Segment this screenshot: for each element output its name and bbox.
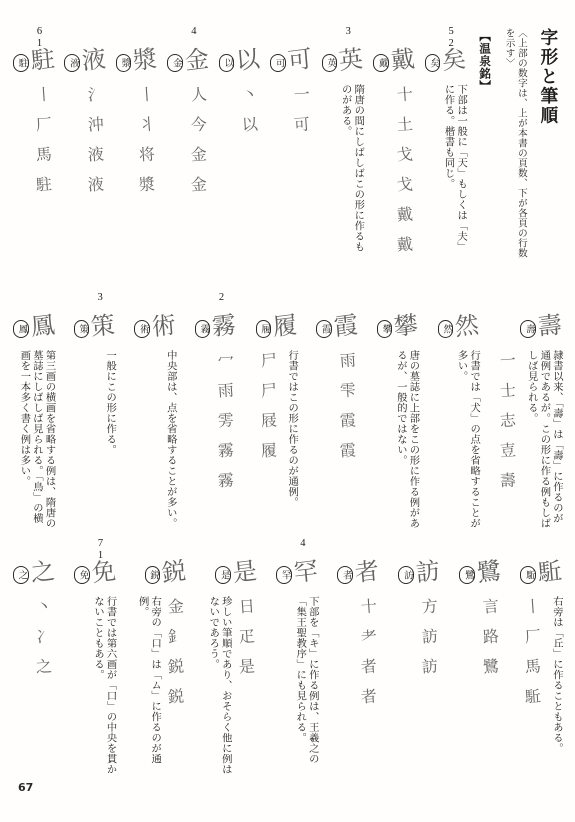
stroke-step: 一 xyxy=(500,353,517,370)
entry-sample-calligraphy: 免 xyxy=(90,559,116,588)
stroke-step: 戈 xyxy=(396,147,413,164)
entry-液: 液液氵沖液液 xyxy=(64,26,106,194)
entry-head: 英英 xyxy=(322,48,364,80)
entry-head: 攀攀 xyxy=(377,314,419,346)
page-title: 字形と筆順 xyxy=(537,28,562,126)
stroke-step: 是 xyxy=(238,659,255,676)
entry-label: 者 xyxy=(337,566,353,584)
entry-label: 鳳 xyxy=(13,320,29,338)
entry-label: 英 xyxy=(322,54,338,72)
entry-sample-calligraphy: 壽 xyxy=(537,313,563,342)
entry-sample-calligraphy: 攀 xyxy=(393,313,419,342)
stroke-sequence: 丶冫之 xyxy=(35,600,55,676)
entry-label: 戴 xyxy=(373,54,389,72)
entry-sample-calligraphy: 以 xyxy=(235,47,261,76)
stroke-step: 鷺 xyxy=(482,659,499,676)
stroke-step: 今 xyxy=(190,117,207,134)
book-page: 字形と筆順 〈上部の数字は、上が本書の頁数、下が各頁の行数を示す〉 【温泉銘】 … xyxy=(0,0,575,822)
stroke-step: 馬 xyxy=(36,147,53,164)
stroke-step: 厂 xyxy=(36,117,53,134)
entry-head: 鳳鳳 xyxy=(13,314,55,346)
entry-page-line-number xyxy=(357,538,371,560)
stroke-step: 尸 xyxy=(260,353,277,370)
stroke-step: 雱 xyxy=(218,413,235,430)
entry-霧: 2霧霧冖雨雱霧霧 xyxy=(195,292,237,490)
entry-body: 方訪訪 xyxy=(420,596,440,676)
stroke-step: 馬 xyxy=(525,659,542,676)
entry-body: 氵沖液液 xyxy=(86,84,106,194)
entry-head: 之之 xyxy=(13,560,55,592)
band-top: 字形と筆順 〈上部の数字は、上が本書の頁数、下が各頁の行数を示す〉 【温泉銘】 … xyxy=(13,26,562,278)
entry-head: 戴戴 xyxy=(373,48,415,80)
stroke-sequence: 尸尸屐履 xyxy=(259,354,279,460)
entry-head: 然然 xyxy=(438,314,480,346)
entry-金: 4金金人今金金 xyxy=(167,26,209,194)
stroke-step: 方 xyxy=(421,599,438,616)
entry-鳳: 鳳鳳第三画の横画を省略する例は、隋唐の墓誌にしばしば見られる。「鳥」の横画を一本… xyxy=(13,292,55,530)
entry-text: 下部を「キ」に作る例は、王羲之の「集王聖教序」にも見られる。 xyxy=(293,596,318,783)
entry-head: 駈駈 xyxy=(520,560,562,592)
entry-sample-calligraphy: 策 xyxy=(90,313,116,342)
stroke-step: 可 xyxy=(293,117,310,134)
entry-label: 金 xyxy=(167,54,183,72)
entry-sample-calligraphy: 霞 xyxy=(333,313,359,342)
band-bottom: 駈駈右旁は「丘」に作ることもある。丨厂馬駈鷺鷺言路鷺訪訪方訪訪者者十耂者者4罕罕… xyxy=(13,538,562,792)
entry-head: 液液 xyxy=(64,48,106,80)
entry-可: 可可一可 xyxy=(270,26,312,134)
entry-漿: 漿漿丨丬将漿 xyxy=(116,26,158,194)
entry-sample-calligraphy: 金 xyxy=(184,47,210,76)
entry-head: 者者 xyxy=(337,560,379,592)
entry-text: 行書では第六画が「口」の中央を貫かないこともある。 xyxy=(90,596,115,783)
stroke-step: 金 xyxy=(190,147,207,164)
stroke-step: 冫 xyxy=(36,629,53,646)
entry-head: 以以 xyxy=(219,48,261,80)
entry-head: 可可 xyxy=(270,48,312,80)
entry-body: 十耂者者 xyxy=(359,596,379,706)
entry-body: 下部は一般に「天」もしくは「夫」に作る。楷書も同じ。 xyxy=(441,84,466,261)
entry-body: 丶以 xyxy=(240,84,260,134)
entry-head: 策策 xyxy=(74,314,116,346)
stroke-step: 雨 xyxy=(218,383,235,400)
stroke-step: 士 xyxy=(500,383,517,400)
stroke-step: 丨 xyxy=(139,87,156,104)
entry-label: 鋭 xyxy=(145,566,161,584)
entry-body: 下部を「キ」に作る例は、王羲之の「集王聖教序」にも見られる。 xyxy=(293,596,318,783)
entry-head: 霧霧 xyxy=(195,314,237,346)
stroke-step: 履 xyxy=(260,443,277,460)
entry-page-line-number xyxy=(33,292,47,314)
stroke-sequence: 人今金金 xyxy=(189,88,209,194)
stroke-step: 者 xyxy=(360,689,377,706)
stroke-step: 駐 xyxy=(36,177,53,194)
stroke-step: 霧 xyxy=(218,473,235,490)
stroke-step: 雨 xyxy=(339,353,356,370)
entry-text: 唐の墓誌に上部をこの形に作る例があるが、一般的ではない。 xyxy=(393,350,418,530)
entry-head: 術術 xyxy=(134,314,176,346)
entry-sample-calligraphy: 者 xyxy=(354,559,380,588)
entry-page-line-number xyxy=(235,538,249,560)
entry-page-line-number xyxy=(540,292,554,314)
entry-page-line-number: 7 1 xyxy=(94,538,108,560)
entry-label: 術 xyxy=(134,320,150,338)
entry-head: 霞霞 xyxy=(316,314,358,346)
stroke-sequence: 言路鷺 xyxy=(481,600,501,676)
entry-英: 3英英隋唐の間にしばしばこの形に作るものがある。 xyxy=(322,26,364,261)
stroke-sequence: 冖雨雱霧霧 xyxy=(216,354,236,490)
entry-sample-calligraphy: 駈 xyxy=(537,559,563,588)
entry-sample-calligraphy: 戴 xyxy=(390,47,416,76)
entry-text: 中央部は、点を省略することが多い。 xyxy=(163,350,176,530)
band-middle: 壽壽隷書以来、「壽」は「壽」に作るのが通例であるが。この形に作る例もしばしば見ら… xyxy=(13,292,562,532)
entry-者: 者者十耂者者 xyxy=(337,538,379,706)
stroke-step: 尸 xyxy=(260,383,277,400)
entry-sample-calligraphy: 履 xyxy=(272,313,298,342)
stroke-step: 訪 xyxy=(421,659,438,676)
stroke-step: 鋭 xyxy=(168,659,185,676)
stroke-sequence: 丨丬将漿 xyxy=(137,88,157,194)
entry-之: 之之丶冫之 xyxy=(13,538,55,676)
stroke-step: 丶 xyxy=(36,599,53,616)
entry-head: 鷺鷺 xyxy=(459,560,501,592)
entry-text: 行書では「犬」の点を省略することが多い。 xyxy=(454,350,479,530)
entry-page-line-number xyxy=(418,538,432,560)
entry-label: 可 xyxy=(270,54,286,72)
entry-head: 是是 xyxy=(215,560,257,592)
entry-text: 下部は一般に「天」もしくは「夫」に作る。楷書も同じ。 xyxy=(441,84,466,261)
stroke-sequence: 氵沖液液 xyxy=(86,88,106,194)
entry-page-line-number xyxy=(540,538,554,560)
stroke-sequence: 日疋是 xyxy=(237,600,257,676)
entry-head: 免免 xyxy=(74,560,116,592)
stroke-step: 将 xyxy=(139,147,156,164)
entry-sample-calligraphy: 漿 xyxy=(132,47,158,76)
entry-sample-calligraphy: 之 xyxy=(29,559,55,588)
entry-sample-calligraphy: 霧 xyxy=(211,313,237,342)
entry-駈: 駈駈右旁は「丘」に作ることもある。丨厂馬駈 xyxy=(520,538,562,783)
entry-page-line-number xyxy=(135,26,149,48)
entry-駐: 6 1駐駐丨厂馬駐 xyxy=(13,26,55,194)
stroke-step: 訪 xyxy=(421,629,438,646)
entry-page-line-number xyxy=(393,26,407,48)
stroke-step: 釒 xyxy=(168,629,185,646)
entry-body: 丨丬将漿 xyxy=(137,84,157,194)
stroke-step: 金 xyxy=(190,177,207,194)
section-heading: 【温泉銘】 xyxy=(476,30,492,93)
entry-body: 隷書以来、「壽」は「壽」に作るのが通例であるが。この形に作る例もしばしば見られる… xyxy=(498,350,562,530)
entry-body: 日疋是珍しい筆順であり、おそらく他に例はないであろう。 xyxy=(206,596,257,783)
entry-head: 訪訪 xyxy=(398,560,440,592)
entry-策: 3策策一般にこの形に作る。 xyxy=(74,292,116,530)
entry-sample-calligraphy: 罕 xyxy=(293,559,319,588)
stroke-sequence: 丨厂馬駈 xyxy=(523,600,543,706)
entry-sample-calligraphy: 可 xyxy=(287,47,313,76)
stroke-step: 壽 xyxy=(500,473,517,490)
entry-罕: 4罕罕下部を「キ」に作る例は、王羲之の「集王聖教序」にも見られる。 xyxy=(276,538,318,783)
entry-是: 是是日疋是珍しい筆順であり、おそらく他に例はないであろう。 xyxy=(206,538,257,783)
stroke-step: 厂 xyxy=(525,629,542,646)
stroke-step: 一 xyxy=(293,87,310,104)
entry-page-line-number xyxy=(154,292,168,314)
entry-body: 第三画の横画を省略する例は、隋唐の墓誌にしばしば見られる。「鳥」の横画を一本多く… xyxy=(17,350,55,530)
stroke-step: 液 xyxy=(87,177,104,194)
stroke-step: 耂 xyxy=(360,629,377,646)
stroke-step: 金 xyxy=(168,599,185,616)
stroke-step: 氵 xyxy=(87,87,104,104)
stroke-step: 丨 xyxy=(525,599,542,616)
entry-body: 右旁は「丘」に作ることもある。丨厂馬駈 xyxy=(523,596,562,783)
stroke-step: 雫 xyxy=(339,383,356,400)
entry-page-line-number xyxy=(164,538,178,560)
stroke-step: 十 xyxy=(396,87,413,104)
entry-label: 罕 xyxy=(276,566,292,584)
page-number: 67 xyxy=(18,781,33,794)
entry-攀: 攀攀唐の墓誌に上部をこの形に作る例があるが、一般的ではない。 xyxy=(377,292,419,530)
entry-label: 霧 xyxy=(195,320,211,338)
stroke-step: 霧 xyxy=(218,443,235,460)
entry-label: 然 xyxy=(438,320,454,338)
entry-label: 鷺 xyxy=(459,566,475,584)
entry-戴: 戴戴十土戈戈戴戴 xyxy=(373,26,415,254)
entry-text: 右旁は「丘」に作ることもある。 xyxy=(549,596,562,783)
entry-text: 隷書以来、「壽」は「壽」に作るのが通例であるが。この形に作る例もしばしば見られる… xyxy=(524,350,562,530)
entry-術: 術術中央部は、点を省略することが多い。 xyxy=(134,292,176,530)
entry-text: 隋唐の間にしばしばこの形に作るものがある。 xyxy=(338,84,363,261)
entry-page-line-number: 2 xyxy=(214,292,228,314)
entry-body: 人今金金 xyxy=(189,84,209,194)
entry-head: 履履 xyxy=(256,314,298,346)
entry-page-line-number xyxy=(457,292,471,314)
entry-page-line-number xyxy=(396,292,410,314)
stroke-step: 霞 xyxy=(339,413,356,430)
entry-head: 壽壽 xyxy=(520,314,562,346)
entry-履: 履履行書ではこの形に作るのが通例。尸尸屐履 xyxy=(256,292,298,530)
stroke-sequence: 雨雫霞霞 xyxy=(338,354,358,460)
entry-sample-calligraphy: 鷺 xyxy=(476,559,502,588)
entry-head: 駐駐 xyxy=(13,48,55,80)
entry-label: 免 xyxy=(74,566,90,584)
entry-sample-calligraphy: 矣 xyxy=(441,47,467,76)
entry-sample-calligraphy: 術 xyxy=(151,313,177,342)
entry-sample-calligraphy: 鋭 xyxy=(161,559,187,588)
stroke-step: 液 xyxy=(87,147,104,164)
entry-body: 言路鷺 xyxy=(481,596,501,676)
entry-page-line-number: 3 xyxy=(93,292,107,314)
stroke-sequence: 金釒鋭鋭 xyxy=(166,600,186,706)
entry-page-line-number xyxy=(33,538,47,560)
entry-body: 唐の墓誌に上部をこの形に作る例があるが、一般的ではない。 xyxy=(393,350,418,530)
stroke-step: 戴 xyxy=(396,237,413,254)
entry-page-line-number: 4 xyxy=(187,26,201,48)
entry-body: 行書ではこの形に作るのが通例。尸尸屐履 xyxy=(259,350,298,530)
stroke-step: 疋 xyxy=(238,629,255,646)
entry-label: 攀 xyxy=(377,320,393,338)
entry-page-line-number xyxy=(84,26,98,48)
entry-head: 漿漿 xyxy=(116,48,158,80)
stroke-sequence: 一可 xyxy=(292,88,312,134)
entry-page-line-number xyxy=(290,26,304,48)
stroke-step: 人 xyxy=(190,87,207,104)
entry-text: 行書ではこの形に作るのが通例。 xyxy=(285,350,298,530)
entry-label: 駈 xyxy=(520,566,536,584)
entry-body: 一般にこの形に作る。 xyxy=(103,350,116,530)
stroke-step: 沖 xyxy=(87,117,104,134)
entry-訪: 訪訪方訪訪 xyxy=(398,538,440,676)
stroke-sequence: 十土戈戈戴戴 xyxy=(395,88,415,254)
entry-label: 履 xyxy=(256,320,272,338)
stroke-step: 駈 xyxy=(525,689,542,706)
stroke-step: 十 xyxy=(360,599,377,616)
entry-sample-calligraphy: 是 xyxy=(232,559,258,588)
entry-body: 十土戈戈戴戴 xyxy=(395,84,415,254)
entry-body: 中央部は、点を省略することが多い。 xyxy=(163,350,176,530)
entry-body: 隋唐の間にしばしばこの形に作るものがある。 xyxy=(338,84,363,261)
entry-label: 霞 xyxy=(316,320,332,338)
entry-矣: 5 2矣矣下部は一般に「天」もしくは「夫」に作る。楷書も同じ。 xyxy=(425,26,467,261)
entry-body: 行書では「犬」の点を省略することが多い。 xyxy=(454,350,479,530)
stroke-sequence: 丶以 xyxy=(240,88,260,134)
entry-sample-calligraphy: 鳳 xyxy=(29,313,55,342)
entry-label: 液 xyxy=(64,54,80,72)
stroke-step: 土 xyxy=(396,117,413,134)
entry-label: 策 xyxy=(74,320,90,338)
entry-label: 訪 xyxy=(398,566,414,584)
stroke-step: 言 xyxy=(482,599,499,616)
entry-sample-calligraphy: 訪 xyxy=(415,559,441,588)
stroke-step: 丶 xyxy=(242,87,259,104)
stroke-step: 日 xyxy=(238,599,255,616)
entry-text: 一般にこの形に作る。 xyxy=(103,350,116,530)
stroke-step: 屐 xyxy=(260,413,277,430)
entry-text: 第三画の横画を省略する例は、隋唐の墓誌にしばしば見られる。「鳥」の横画を一本多く… xyxy=(17,350,55,530)
entry-sample-calligraphy: 英 xyxy=(338,47,364,76)
entry-霞: 霞霞雨雫霞霞 xyxy=(316,292,358,460)
entry-body: 金釒鋭鋭右旁の「口」は「ム」に作るのが通例。 xyxy=(135,596,186,783)
entry-text: 珍しい筆順であり、おそらく他に例はないであろう。 xyxy=(206,596,231,783)
stroke-step: 霞 xyxy=(339,443,356,460)
entry-body: 丨厂馬駐 xyxy=(35,84,55,194)
entry-page-line-number xyxy=(238,26,252,48)
entry-label: 矣 xyxy=(425,54,441,72)
stroke-step: 以 xyxy=(242,117,259,134)
entry-label: 漿 xyxy=(116,54,132,72)
entry-免: 7 1免免行書では第六画が「口」の中央を貫かないこともある。 xyxy=(74,538,116,783)
entry-body: 雨雫霞霞 xyxy=(338,350,358,460)
entry-sample-calligraphy: 然 xyxy=(454,313,480,342)
stroke-sequence: 十耂者者 xyxy=(359,600,379,706)
entry-page-line-number: 3 xyxy=(341,26,355,48)
stroke-sequence: 一士志壴壽 xyxy=(498,354,518,490)
stroke-step: 丬 xyxy=(139,117,156,134)
stroke-sequence: 丨厂馬駐 xyxy=(35,88,55,194)
entry-page-line-number xyxy=(275,292,289,314)
entry-然: 然然行書では「犬」の点を省略することが多い。 xyxy=(438,292,480,530)
entry-text: 右旁の「口」は「ム」に作るのが通例。 xyxy=(135,596,160,783)
entry-page-line-number: 4 xyxy=(296,538,310,560)
stroke-step: 之 xyxy=(36,659,53,676)
stroke-step: 戴 xyxy=(396,207,413,224)
stroke-step: 路 xyxy=(482,629,499,646)
stroke-sequence: 方訪訪 xyxy=(420,600,440,676)
entry-以: 以以丶以 xyxy=(219,26,261,134)
entry-page-line-number xyxy=(479,538,493,560)
entry-body: 一可 xyxy=(292,84,312,134)
entry-page-line-number: 5 2 xyxy=(444,26,458,48)
entry-head: 罕罕 xyxy=(276,560,318,592)
entry-鋭: 鋭鋭金釒鋭鋭右旁の「口」は「ム」に作るのが通例。 xyxy=(135,538,186,783)
entry-head: 鋭鋭 xyxy=(145,560,187,592)
entry-label: 以 xyxy=(219,54,235,72)
entry-label: 壽 xyxy=(520,320,536,338)
entry-body: 行書では第六画が「口」の中央を貫かないこともある。 xyxy=(90,596,115,783)
entry-label: 是 xyxy=(215,566,231,584)
stroke-step: 漿 xyxy=(139,177,156,194)
entry-sample-calligraphy: 液 xyxy=(81,47,107,76)
entry-label: 駐 xyxy=(13,54,29,72)
entry-body: 丶冫之 xyxy=(35,596,55,676)
entry-壽: 壽壽隷書以来、「壽」は「壽」に作るのが通例であるが。この形に作る例もしばしば見ら… xyxy=(498,292,562,530)
entry-page-line-number: 6 1 xyxy=(33,26,47,48)
stroke-step: 冖 xyxy=(218,353,235,370)
stroke-step: 志 xyxy=(500,413,517,430)
stroke-step: 者 xyxy=(360,659,377,676)
stroke-step: 鋭 xyxy=(168,689,185,706)
entry-label: 之 xyxy=(13,566,29,584)
entry-鷺: 鷺鷺言路鷺 xyxy=(459,538,501,676)
stroke-step: 壴 xyxy=(500,443,517,460)
entry-page-line-number xyxy=(336,292,350,314)
header-note: 〈上部の数字は、上が本書の頁数、下が各頁の行数を示す〉 xyxy=(502,28,527,262)
entry-head: 金金 xyxy=(167,48,209,80)
stroke-step: 戈 xyxy=(396,177,413,194)
entry-body: 冖雨雱霧霧 xyxy=(216,350,236,490)
stroke-step: 丨 xyxy=(36,87,53,104)
entry-head: 矣矣 xyxy=(425,48,467,80)
entry-sample-calligraphy: 駐 xyxy=(29,47,55,76)
